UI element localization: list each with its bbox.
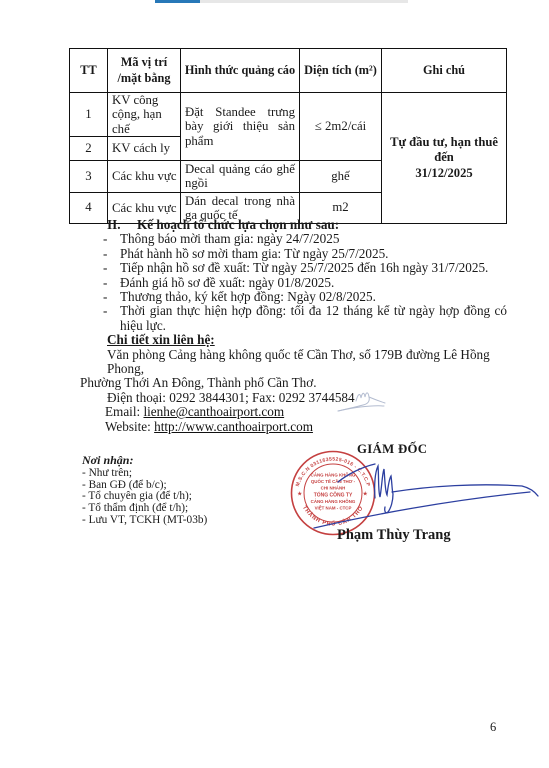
plan-item-text: Đánh giá hồ sơ đề xuất: ngày 01/8/2025. xyxy=(120,275,334,290)
plan-section-number: II. xyxy=(107,218,137,232)
plan-item-text: Thời gian thực hiện hợp đồng: tối đa 12 … xyxy=(120,303,507,332)
plan-item: - Phát hành hồ sơ mời tham gia: Từ ngày … xyxy=(80,247,507,261)
advertising-table: TT Mã vị trí /mặt bằng Hình thức quảng c… xyxy=(69,48,507,224)
contact-phone-fax: Điện thoại: 0292 3844301; Fax: 0292 3744… xyxy=(80,391,507,405)
bullet-dash: - xyxy=(103,261,107,275)
col-header-ma-vi-tri-line2: /mặt bằng xyxy=(108,71,180,86)
bullet-dash: - xyxy=(103,276,107,290)
director-signature-ink xyxy=(280,450,540,535)
plan-item: - Đánh giá hồ sơ đề xuất: ngày 01/8/2025… xyxy=(80,276,507,290)
bullet-dash: - xyxy=(103,247,107,261)
progress-bar-track xyxy=(200,0,408,3)
website-link[interactable]: http://www.canthoairport.com xyxy=(154,419,313,434)
cell-r1-location: KV công cộng, hạn chế xyxy=(108,93,181,137)
signer-name: Phạm Thùy Trang xyxy=(337,527,451,544)
col-header-dien-tich: Diện tích (m²) xyxy=(300,49,382,93)
cell-r1r2-ad-type: Đặt Standee trưng bày giới thiệu sản phẩ… xyxy=(181,93,300,161)
table-header-row: TT Mã vị trí /mặt bằng Hình thức quảng c… xyxy=(70,49,507,93)
plan-section-heading: II.Kế hoạch tổ chức lựa chọn như sau: xyxy=(80,218,507,232)
recipients-heading: Nơi nhận: xyxy=(82,455,207,467)
recipient-item: - Như trên; xyxy=(82,468,207,480)
plan-item-text: Phát hành hồ sơ mời tham gia: Từ ngày 25… xyxy=(120,246,388,261)
plan-item-text: Thương thảo, ký kết hợp đồng: Ngày 02/8/… xyxy=(120,289,376,304)
bullet-dash: - xyxy=(103,232,107,246)
initials-paraph-mark xyxy=(332,389,388,417)
contact-address-line1: Văn phòng Cảng hàng không quốc tế Cần Th… xyxy=(80,348,507,377)
bullet-dash: - xyxy=(103,290,107,304)
progress-bar-filled xyxy=(155,0,200,3)
cell-r2-location: KV cách ly xyxy=(108,136,181,160)
email-label: Email: xyxy=(105,404,143,419)
plan-item: - Thông báo mời tham gia: ngày 24/7/2025 xyxy=(80,232,507,246)
cell-r1-tt: 1 xyxy=(70,93,108,137)
cell-r1r2-area: ≤ 2m2/cái xyxy=(300,93,382,161)
plan-and-contact-section: II.Kế hoạch tổ chức lựa chọn như sau: - … xyxy=(80,218,507,434)
plan-item: - Thương thảo, ký kết hợp đồng: Ngày 02/… xyxy=(80,290,507,304)
cell-note: Tự đầu tư, hạn thuê đến 31/12/2025 xyxy=(382,93,507,224)
website-label: Website: xyxy=(105,419,154,434)
page-number: 6 xyxy=(490,720,496,735)
table-row: 1 KV công cộng, hạn chế Đặt Standee trưn… xyxy=(70,93,507,137)
plan-item: - Thời gian thực hiện hợp đồng: tối đa 1… xyxy=(80,304,507,333)
recipient-item: - Lưu VT, TCKH (MT-03b) xyxy=(82,515,207,527)
plan-section-title: Kế hoạch tổ chức lựa chọn như sau: xyxy=(137,217,339,232)
cell-r3-area: ghế xyxy=(300,160,382,192)
plan-item-text: Thông báo mời tham gia: ngày 24/7/2025 xyxy=(120,231,339,246)
cell-r3-location: Các khu vực xyxy=(108,160,181,192)
contact-heading: Chi tiết xin liên hệ: xyxy=(80,333,507,347)
plan-item-text: Tiếp nhận hồ sơ đề xuất: Từ ngày 25/7/20… xyxy=(120,260,488,275)
cell-r2-tt: 2 xyxy=(70,136,108,160)
note-line2: 31/12/2025 xyxy=(382,166,506,182)
note-line1: Tự đầu tư, hạn thuê đến xyxy=(382,135,506,166)
cell-r3-tt: 3 xyxy=(70,160,108,192)
col-header-ma-vi-tri: Mã vị trí /mặt bằng xyxy=(108,49,181,93)
recipients-block: Nơi nhận: - Như trên; - Ban GĐ (để b/c);… xyxy=(82,455,207,527)
bullet-dash: - xyxy=(103,304,107,318)
col-header-ghi-chu: Ghi chú xyxy=(382,49,507,93)
email-link[interactable]: lienhe@canthoairport.com xyxy=(143,404,284,419)
contact-website-line: Website: http://www.canthoairport.com xyxy=(80,420,507,434)
plan-item: - Tiếp nhận hồ sơ đề xuất: Từ ngày 25/7/… xyxy=(80,261,507,275)
contact-address-line2: Phường Thới An Đông, Thành phố Cần Thơ. xyxy=(80,376,507,390)
col-header-hinh-thuc: Hình thức quảng cáo xyxy=(181,49,300,93)
cell-r3-ad-type: Decal quảng cáo ghế ngồi xyxy=(181,160,300,192)
col-header-tt: TT xyxy=(70,49,108,93)
col-header-ma-vi-tri-line1: Mã vị trí xyxy=(108,55,180,70)
contact-email-line: Email: lienhe@canthoairport.com xyxy=(80,405,507,419)
